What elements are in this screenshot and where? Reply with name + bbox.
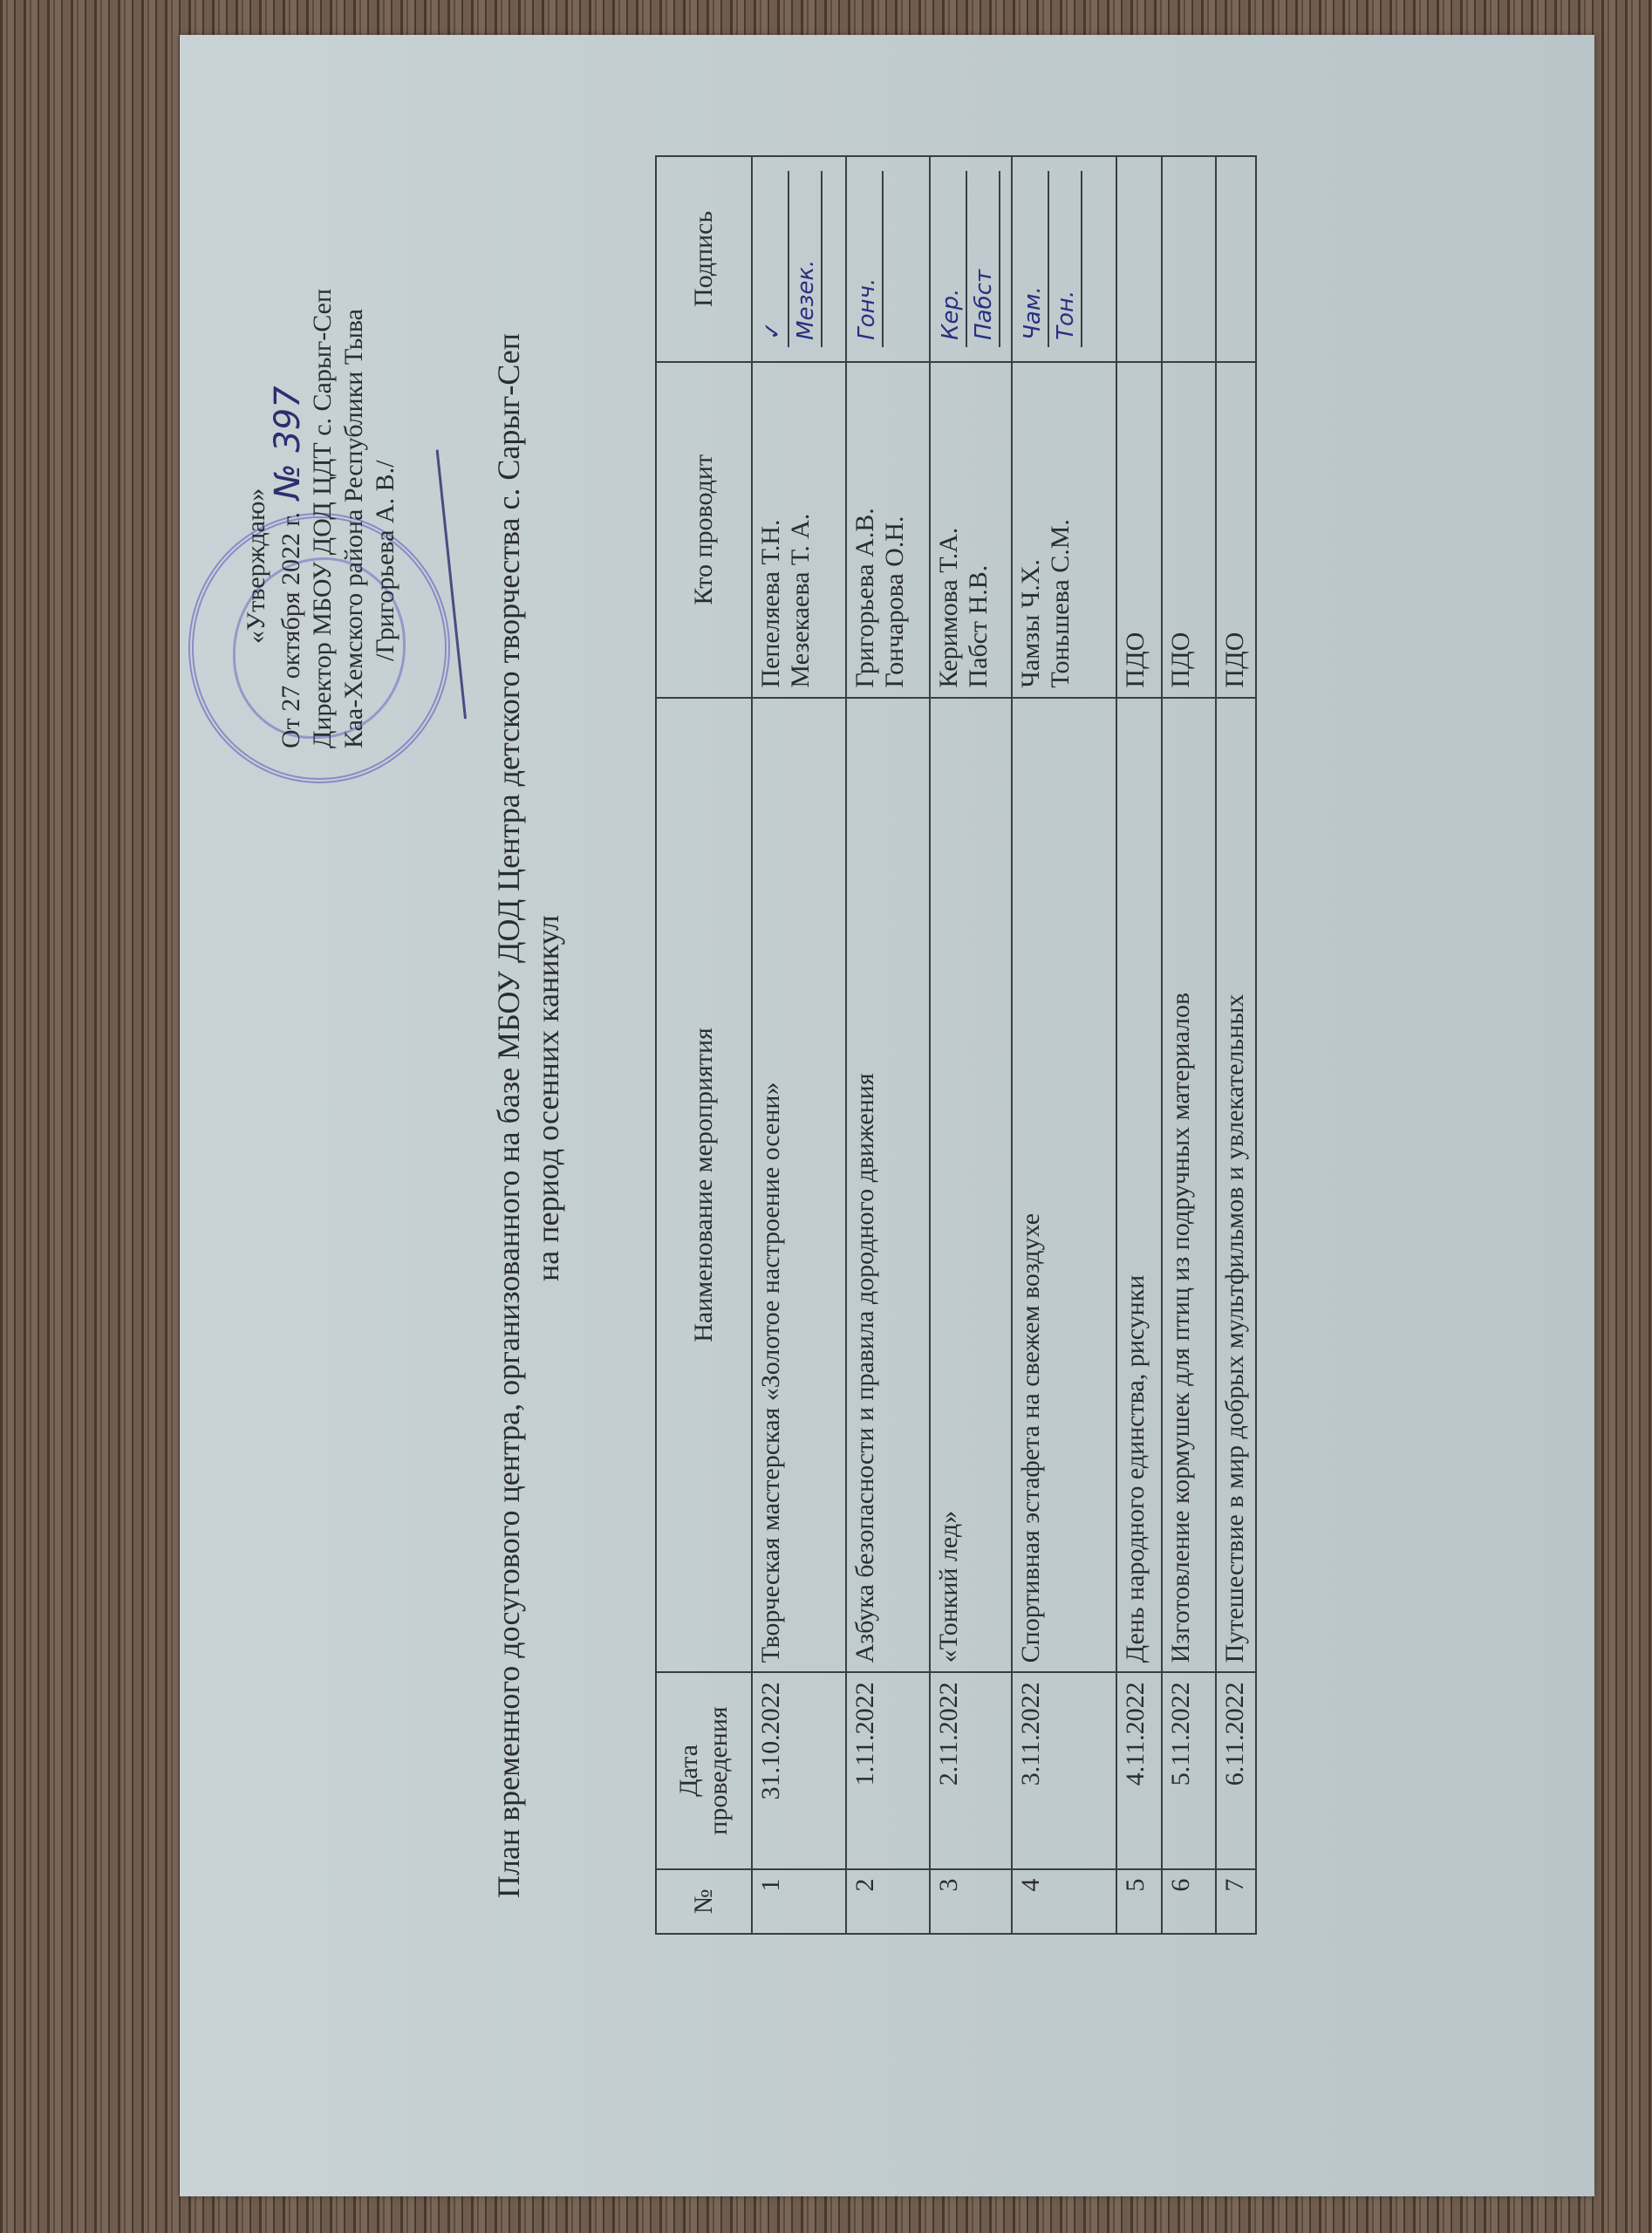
cell-signature: Чам.Тон. — [1012, 156, 1116, 362]
responsible-person: Пабст Н.В. — [964, 372, 993, 688]
responsible-person: ПДО — [1166, 372, 1196, 688]
handwritten-signature: Гонч. — [852, 171, 884, 347]
handwritten-signature: Пабст — [969, 171, 1000, 347]
handwritten-signature: Тон. — [1051, 171, 1082, 347]
cell-num: 5 — [1116, 1869, 1162, 1934]
table-row: 65.11.2022Изготовление кормушек для птиц… — [1162, 156, 1216, 1934]
approval-signatory: /Григорьева А. В./ — [370, 68, 401, 748]
header-num: № — [656, 1869, 752, 1934]
table-row: 131.10.2022Творческая мастерская «Золото… — [752, 156, 846, 1934]
responsible-person: Гончарова О.Н. — [880, 372, 910, 688]
cell-event-name: «Тонкий лед» — [930, 698, 1012, 1673]
cell-num: 2 — [846, 1869, 930, 1934]
responsible-person: Керимова Т.А. — [934, 372, 964, 688]
handwritten-signature: Кер. — [936, 171, 967, 347]
cell-signature: Кер.Пабст — [930, 156, 1012, 362]
document-page: «Утверждаю» От 27 октября 2022 г.№ 397 Д… — [180, 35, 1594, 2196]
approval-position-2: Каа-Хемского района Республики Тыва — [338, 68, 370, 748]
handwritten-signature: Мезек. — [791, 171, 823, 347]
table-row: 76.11.2022Путешествие в мир добрых мульт… — [1216, 156, 1256, 1934]
photo-background: { "approval": { "heading": "«Утверждаю»"… — [0, 0, 1652, 2233]
responsible-person: ПДО — [1121, 372, 1150, 688]
cell-event-name: Творческая мастерская «Золотое настроени… — [752, 698, 846, 1673]
document-title: План временного досугового центра, орган… — [489, 35, 528, 2196]
header-who: Кто проводит — [656, 362, 752, 698]
cell-event-name: Спортивная эстафета на свежем воздухе — [1012, 698, 1116, 1673]
cell-responsible: Чамзы Ч.Х.Тоньшева С.М. — [1012, 362, 1116, 698]
order-number: № 397 — [268, 386, 308, 500]
table-row: 43.11.2022Спортивная эстафета на свежем … — [1012, 156, 1116, 1934]
handwritten-signature: Чам. — [1018, 171, 1049, 347]
cell-date: 31.10.2022 — [752, 1672, 846, 1868]
cell-num: 4 — [1012, 1869, 1116, 1934]
responsible-person: ПДО — [1220, 372, 1250, 688]
cell-date: 2.11.2022 — [930, 1672, 1012, 1868]
cell-responsible: ПДО — [1162, 362, 1216, 698]
responsible-person: Чамзы Ч.Х. — [1016, 372, 1046, 688]
approval-block: «Утверждаю» От 27 октября 2022 г.№ 397 Д… — [241, 68, 401, 748]
cell-num: 6 — [1162, 1869, 1216, 1934]
cell-responsible: ПДО — [1216, 362, 1256, 698]
approval-position-1: Директор МБОУ ДОД ЦДТ с. Сарыг-Сеп — [307, 68, 338, 748]
document-subtitle: на период осенних каникул — [529, 35, 567, 2196]
cell-signature: ✓Мезек. — [752, 156, 846, 362]
header-date: Дата проведения — [656, 1672, 752, 1868]
cell-responsible: Керимова Т.А.Пабст Н.В. — [930, 362, 1012, 698]
responsible-person: Мезекаева Т. А. — [786, 372, 816, 688]
table-row: 32.11.2022«Тонкий лед»Керимова Т.А.Пабст… — [930, 156, 1012, 1934]
cell-responsible: Григорьева А.В.Гончарова О.Н. — [846, 362, 930, 698]
cell-signature — [1216, 156, 1256, 362]
responsible-person: Григорьева А.В. — [850, 372, 880, 688]
responsible-person: Пепеляева Т.Н. — [756, 372, 786, 688]
cell-responsible: ПДО — [1116, 362, 1162, 698]
table-header-row: № Дата проведения Наименование мероприят… — [656, 156, 752, 1934]
cell-signature — [1116, 156, 1162, 362]
cell-date: 3.11.2022 — [1012, 1672, 1116, 1868]
approval-date-line: От 27 октября 2022 г.№ 397 — [272, 68, 307, 748]
cell-event-name: Изготовление кормушек для птиц из подруч… — [1162, 698, 1216, 1673]
header-name: Наименование мероприятия — [656, 698, 752, 1673]
handwritten-signature: ✓ — [758, 171, 789, 347]
cell-event-name: Азбука безопасности и правила дородного … — [846, 698, 930, 1673]
cell-date: 6.11.2022 — [1216, 1672, 1256, 1868]
cell-date: 4.11.2022 — [1116, 1672, 1162, 1868]
cell-num: 3 — [930, 1869, 1012, 1934]
schedule-table: № Дата проведения Наименование мероприят… — [655, 155, 1257, 1935]
cell-date: 5.11.2022 — [1162, 1672, 1216, 1868]
cell-responsible: Пепеляева Т.Н.Мезекаева Т. А. — [752, 362, 846, 698]
header-sign: Подпись — [656, 156, 752, 362]
approval-date: От 27 октября 2022 г. — [276, 512, 305, 748]
cell-num: 7 — [1216, 1869, 1256, 1934]
table-row: 54.11.2022День народного единства, рисун… — [1116, 156, 1162, 1934]
responsible-person: Тоньшева С.М. — [1046, 372, 1075, 688]
cell-event-name: День народного единства, рисунки — [1116, 698, 1162, 1673]
cell-date: 1.11.2022 — [846, 1672, 930, 1868]
cell-signature — [1162, 156, 1216, 362]
cell-signature: Гонч. — [846, 156, 930, 362]
table-row: 21.11.2022Азбука безопасности и правила … — [846, 156, 930, 1934]
cell-num: 1 — [752, 1869, 846, 1934]
cell-event-name: Путешествие в мир добрых мультфильмов и … — [1216, 698, 1256, 1673]
